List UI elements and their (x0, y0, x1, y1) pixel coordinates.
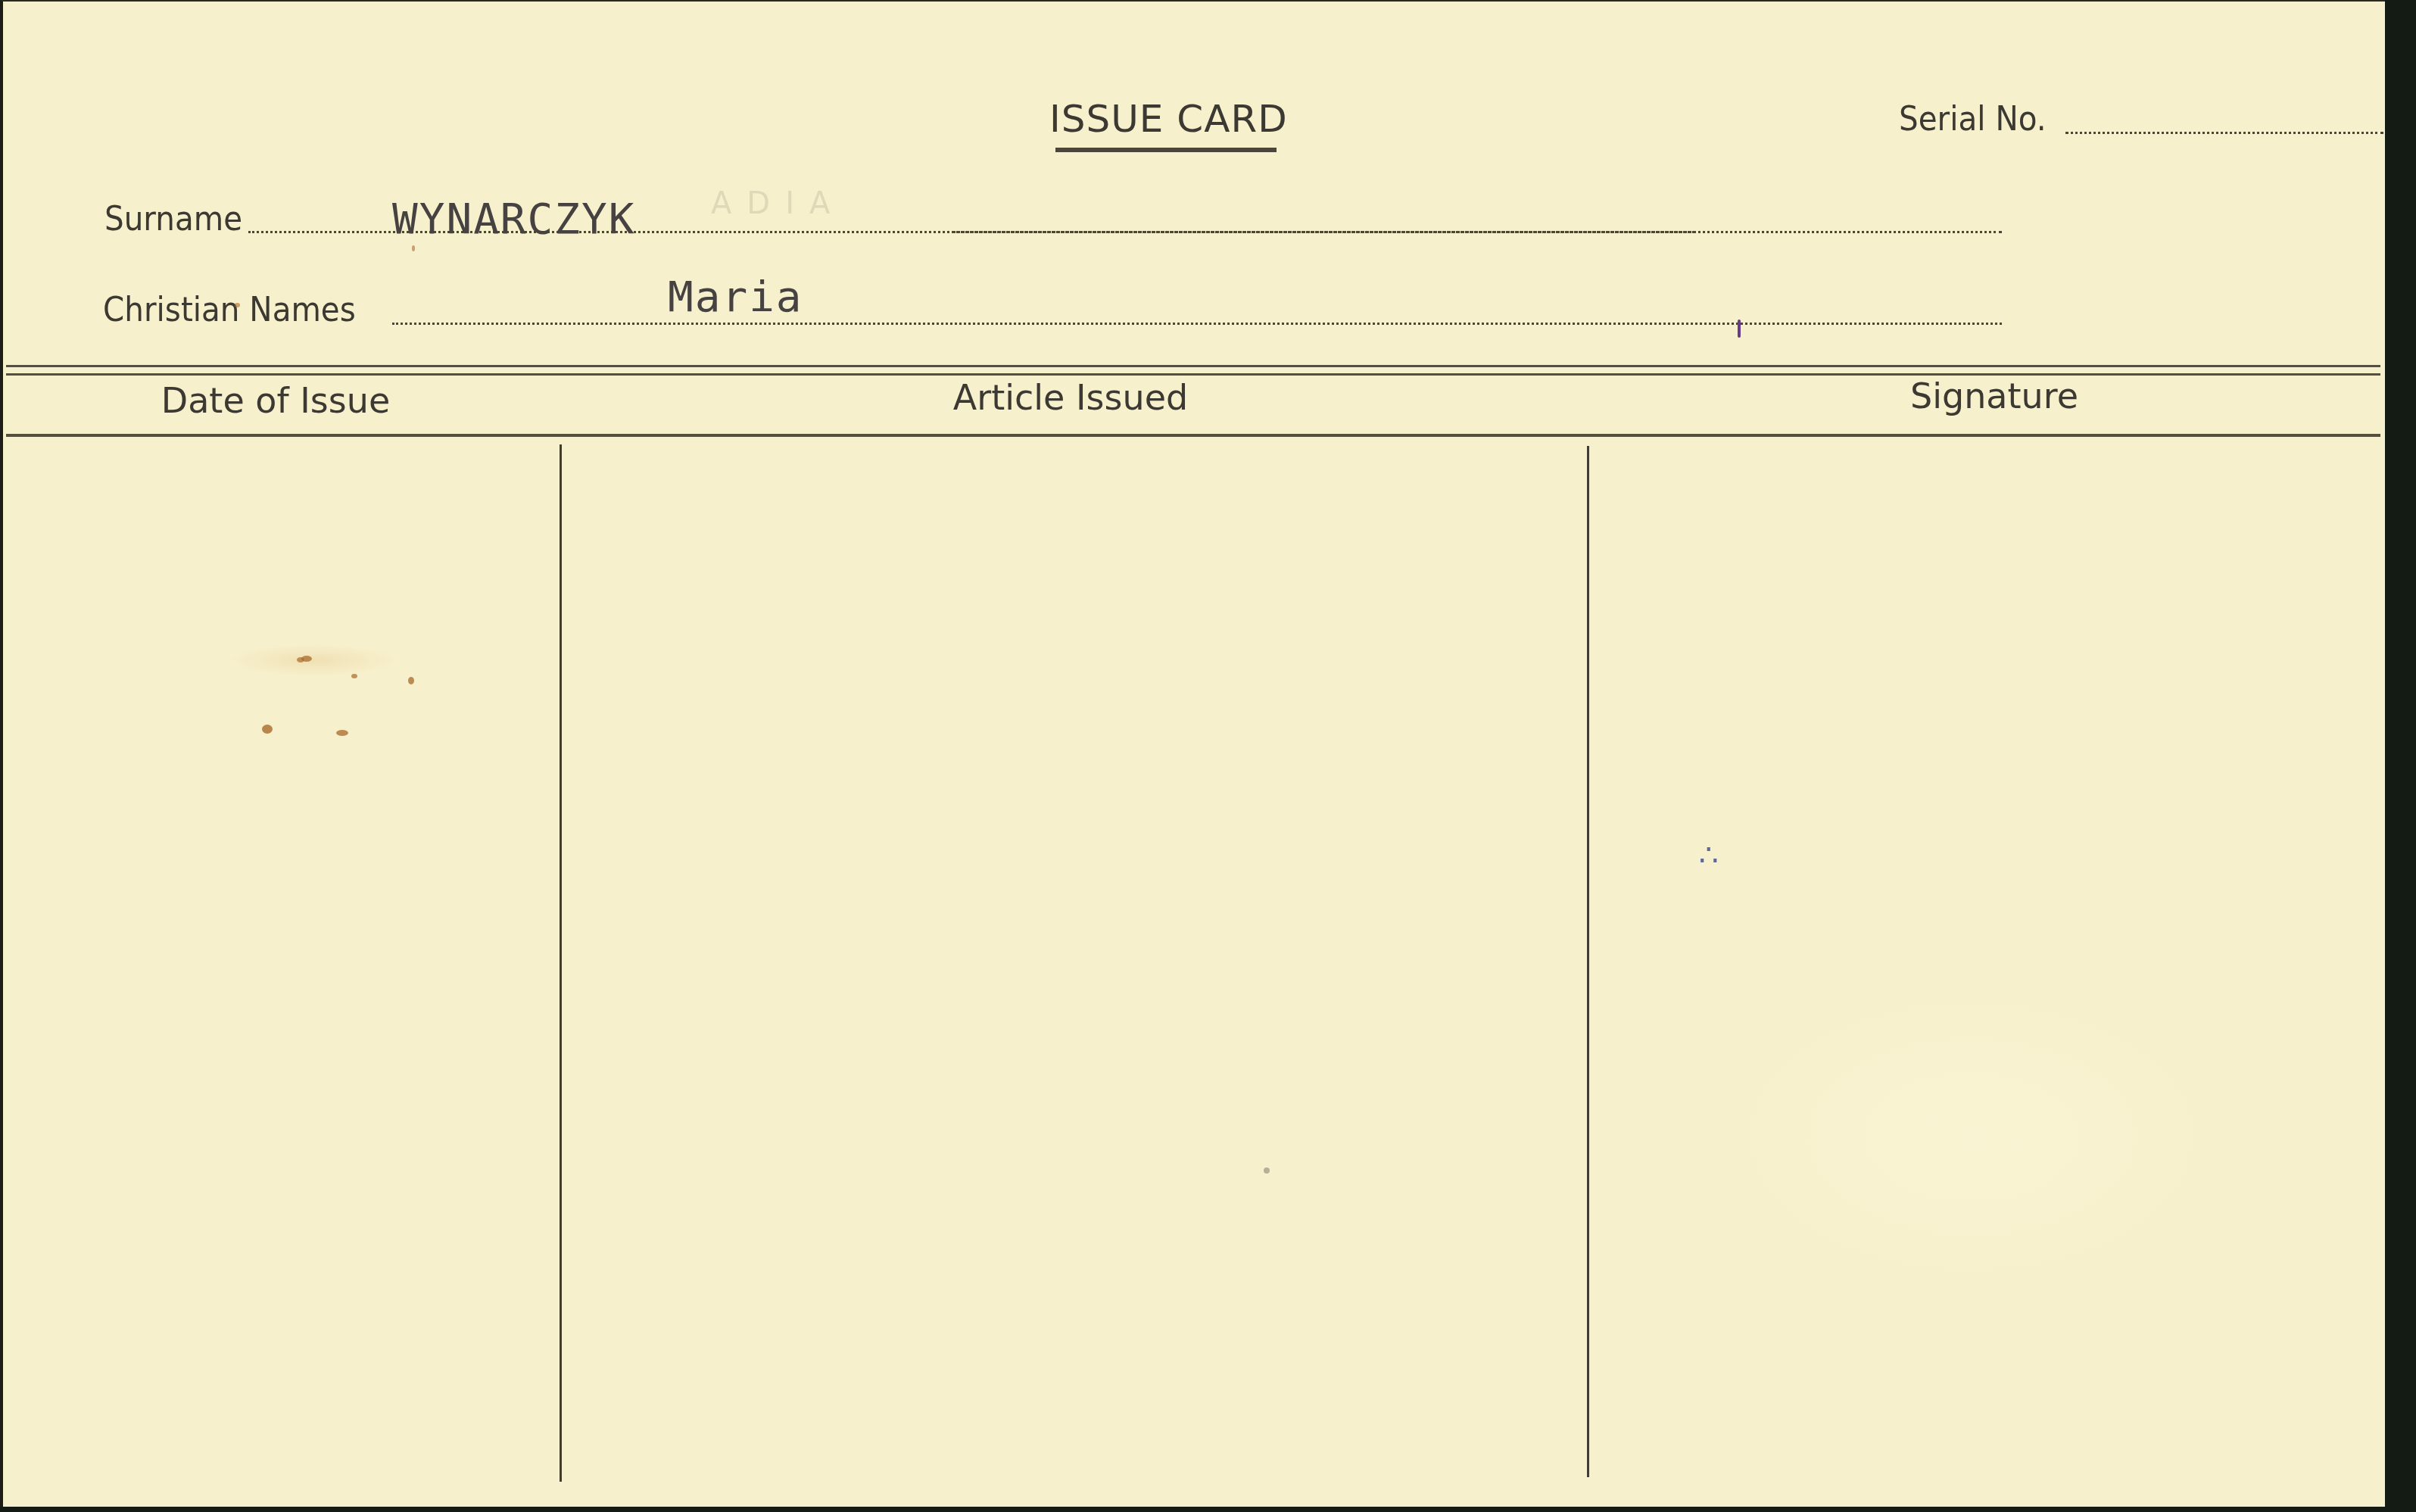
blue-ink-mark: ∴ (1699, 840, 1725, 871)
rust-stain (301, 656, 312, 662)
christian-names-value[interactable]: Maria (668, 273, 803, 322)
column-header-signature: Signature (1805, 376, 2184, 416)
date-of-issue-column[interactable] (6, 441, 557, 1486)
card-title: ISSUE CARD (1049, 97, 1288, 141)
scan-border (0, 1507, 2416, 1512)
article-issued-column[interactable] (563, 441, 1585, 1486)
rust-stain (412, 245, 415, 251)
title-underline (1055, 148, 1277, 152)
rust-stain (336, 730, 348, 736)
column-header-date: Date of Issue (94, 380, 457, 421)
surname-value[interactable]: WYNARCZYK (392, 195, 635, 244)
serial-label: Serial No. (1899, 100, 2047, 139)
column-divider-2 (1587, 446, 1589, 1477)
ink-mark (1738, 320, 1741, 338)
rust-stain (262, 725, 273, 734)
header-rule-bottom (6, 434, 2380, 437)
column-divider-1 (560, 444, 562, 1482)
speck (1264, 1168, 1270, 1174)
christian-names-field-line (392, 323, 2002, 325)
christian-names-label: Christian Names (103, 291, 356, 329)
rust-stain (351, 674, 357, 678)
surname-field-line-2 (952, 231, 2002, 233)
header-rule-top (6, 365, 2380, 367)
rust-stain (408, 677, 414, 684)
faint-offset-text: ADIA (711, 186, 845, 221)
surname-label: Surname (104, 200, 242, 238)
rust-stain (235, 303, 240, 307)
signature-column[interactable] (1591, 441, 2378, 1486)
issue-card: ISSUE CARD Serial No. Surname WYNARCZYK … (0, 0, 2385, 1507)
column-header-article: Article Issued (836, 377, 1305, 418)
serial-field[interactable] (2065, 132, 2383, 134)
